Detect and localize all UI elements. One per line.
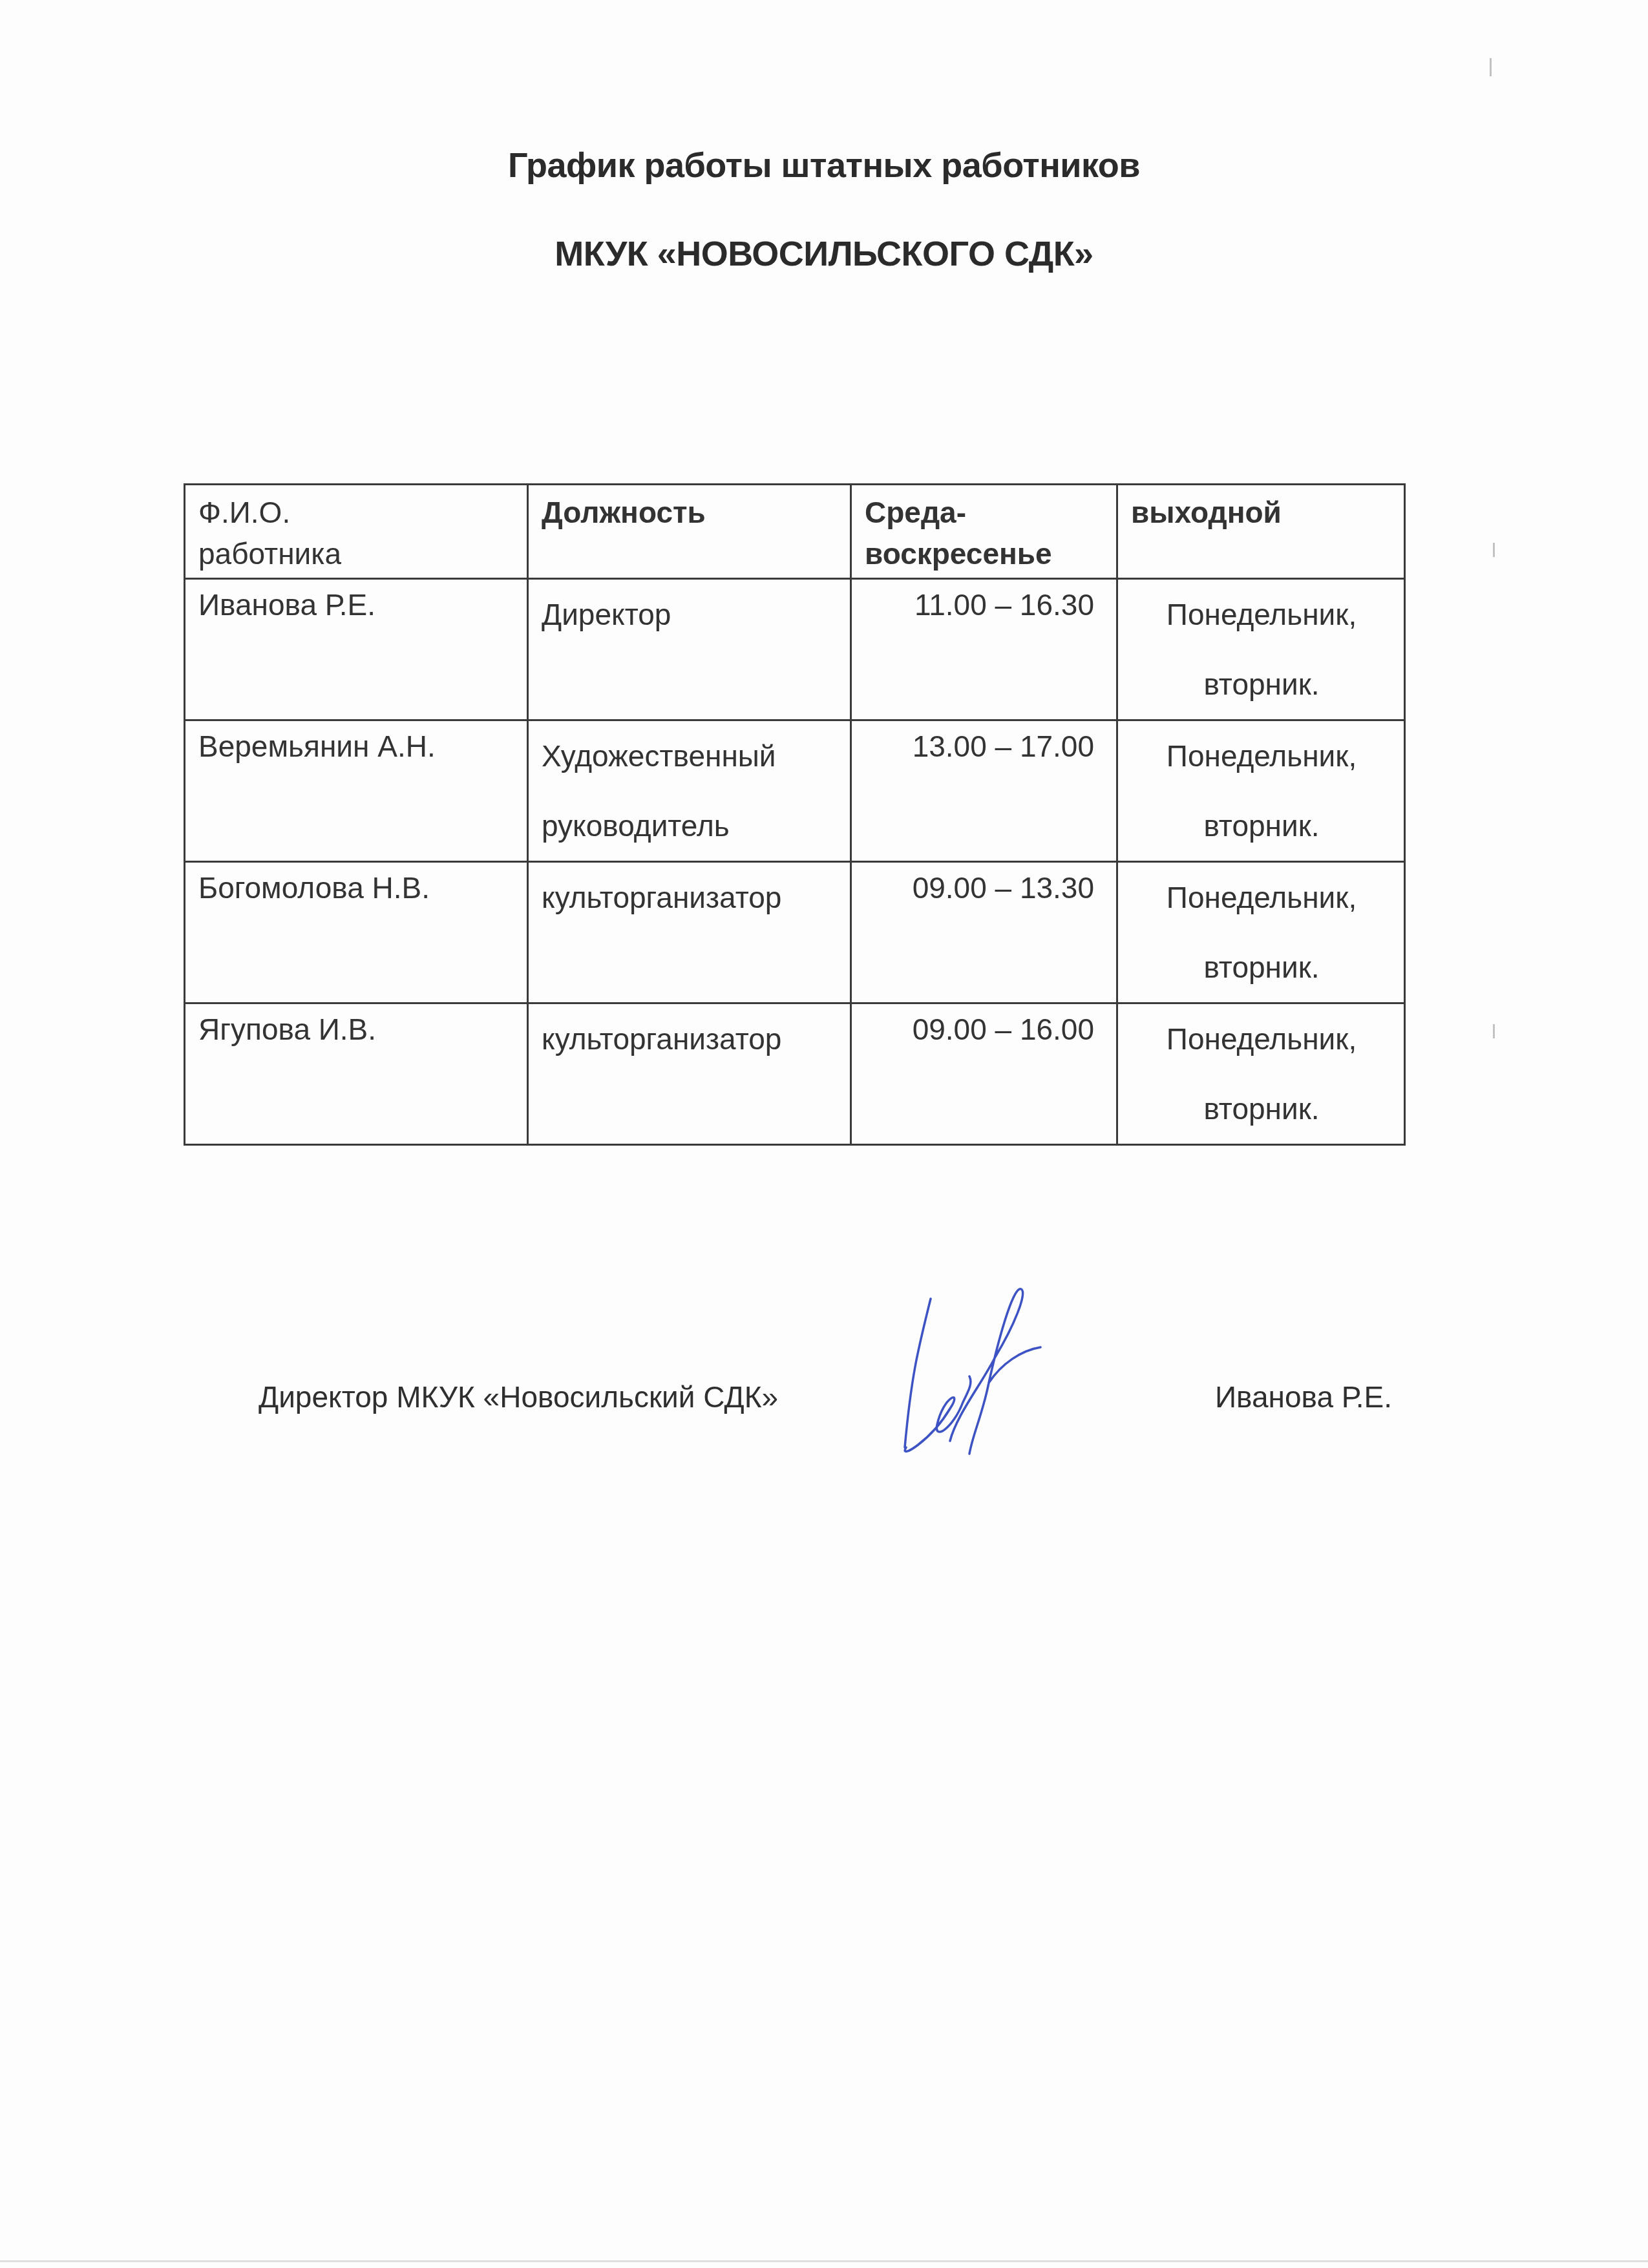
work-hours-text: 09.00 – 16.00 (865, 1011, 1094, 1048)
position-line: руководитель (542, 791, 838, 861)
table-row: Ягупова И.В.культорганизатор09.00 – 16.0… (185, 1003, 1405, 1145)
table-row: Веремьянин А.Н.Художественныйруководител… (185, 720, 1405, 862)
employee-name: Богомолова Н.В. (185, 862, 528, 1003)
header-position-line1: Должность (542, 492, 838, 533)
scan-artifact (1490, 58, 1492, 76)
signatory-role: Директор МКУК «Новосильский СДК» (259, 1380, 778, 1414)
work-hours: 13.00 – 17.00 (851, 720, 1117, 862)
day-off-line: вторник. (1131, 649, 1392, 719)
header-day-off: выходной (1117, 485, 1405, 579)
scan-artifact (1493, 1024, 1495, 1038)
work-hours-text: 13.00 – 17.00 (865, 728, 1094, 765)
days-off: Понедельник,вторник. (1117, 1003, 1405, 1145)
document-title: График работы штатных работников (0, 145, 1648, 185)
day-off-line: Понедельник, (1131, 580, 1392, 649)
header-day-off-line1: выходной (1131, 492, 1392, 533)
schedule-table: Ф.И.О. работника Должность Среда- воскре… (184, 483, 1406, 1146)
position-line: культорганизатор (542, 863, 838, 932)
header-hours: Среда- воскресенье (851, 485, 1117, 579)
table-row: Богомолова Н.В.культорганизатор09.00 – 1… (185, 862, 1405, 1003)
day-off-line: вторник. (1131, 932, 1392, 1002)
employee-position: Директор (528, 579, 851, 720)
header-position: Должность (528, 485, 851, 579)
header-name: Ф.И.О. работника (185, 485, 528, 579)
header-name-line2: работника (198, 533, 515, 574)
employee-position: Художественныйруководитель (528, 720, 851, 862)
organization-title: МКУК «НОВОСИЛЬСКОГО СДК» (0, 234, 1648, 274)
header-hours-line2: воскресенье (865, 533, 1104, 574)
employee-position: культорганизатор (528, 862, 851, 1003)
employee-name: Веремьянин А.Н. (185, 720, 528, 862)
header-hours-line1: Среда- (865, 492, 1104, 533)
scan-edge (0, 2260, 1648, 2262)
employee-name-text: Богомолова Н.В. (198, 869, 515, 907)
day-off-line: вторник. (1131, 791, 1392, 861)
work-hours-text: 11.00 – 16.30 (865, 586, 1094, 624)
employee-name-text: Иванова Р.Е. (198, 586, 515, 624)
days-off: Понедельник,вторник. (1117, 862, 1405, 1003)
signatory-name: Иванова Р.Е. (1215, 1380, 1392, 1414)
work-hours-text: 09.00 – 13.30 (865, 869, 1094, 907)
position-line: Директор (542, 580, 838, 649)
employee-name: Ягупова И.В. (185, 1003, 528, 1145)
table-header-row: Ф.И.О. работника Должность Среда- воскре… (185, 485, 1405, 579)
work-hours: 09.00 – 13.30 (851, 862, 1117, 1003)
day-off-line: Понедельник, (1131, 1004, 1392, 1074)
scan-artifact (1493, 543, 1495, 557)
days-off: Понедельник,вторник. (1117, 720, 1405, 862)
position-line: культорганизатор (542, 1004, 838, 1074)
day-off-line: вторник. (1131, 1074, 1392, 1144)
employee-name-text: Ягупова И.В. (198, 1011, 515, 1048)
table-row: Иванова Р.Е.Директор11.00 – 16.30Понедел… (185, 579, 1405, 720)
work-hours: 11.00 – 16.30 (851, 579, 1117, 720)
employee-name: Иванова Р.Е. (185, 579, 528, 720)
handwritten-signature (892, 1286, 1137, 1467)
work-hours: 09.00 – 16.00 (851, 1003, 1117, 1145)
header-name-line1: Ф.И.О. (198, 492, 515, 533)
day-off-line: Понедельник, (1131, 721, 1392, 791)
day-off-line: Понедельник, (1131, 863, 1392, 932)
employee-position: культорганизатор (528, 1003, 851, 1145)
days-off: Понедельник,вторник. (1117, 579, 1405, 720)
employee-name-text: Веремьянин А.Н. (198, 728, 515, 765)
position-line: Художественный (542, 721, 838, 791)
